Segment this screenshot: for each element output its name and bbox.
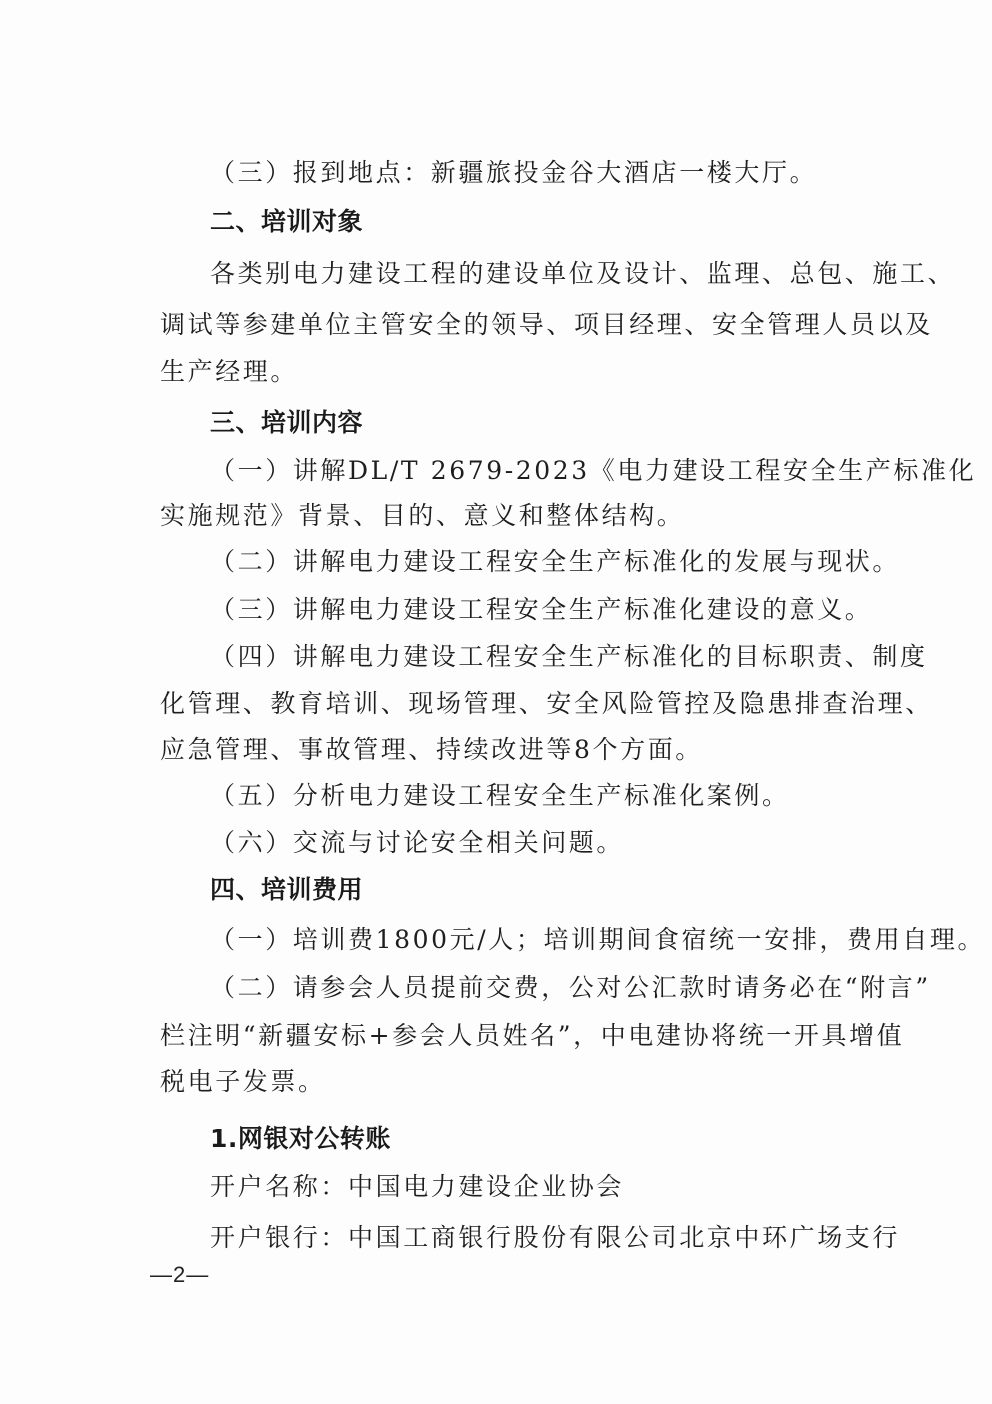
account-name-line: 开户名称：中国电力建设企业协会: [210, 1171, 930, 1203]
paragraph-line: 应急管理、事故管理、持续改进等8个方面。: [160, 734, 880, 766]
paragraph-line: 生产经理。: [160, 356, 880, 388]
paragraph-line: 各类别电力建设工程的建设单位及设计、监理、总包、施工、: [210, 258, 930, 290]
paragraph-line: 调试等参建单位主管安全的领导、项目经理、安全管理人员以及: [160, 309, 880, 341]
paragraph-line: （五）分析电力建设工程安全生产标准化案例。: [210, 780, 930, 812]
section-heading-training-targets: 二、培训对象: [210, 206, 930, 238]
paragraph-line: （三）讲解电力建设工程安全生产标准化建设的意义。: [210, 594, 930, 626]
subheading-online-bank-transfer: 1.网银对公转账: [210, 1123, 930, 1155]
paragraph-line: （四）讲解电力建设工程安全生产标准化的目标职责、制度: [210, 641, 930, 673]
report-location-line: （三）报到地点：新疆旅投金谷大酒店一楼大厅。: [210, 157, 930, 189]
paragraph-line: （六）交流与讨论安全相关问题。: [210, 827, 930, 859]
account-bank-line: 开户银行：中国工商银行股份有限公司北京中环广场支行: [210, 1222, 930, 1254]
paragraph-line: 实施规范》背景、目的、意义和整体结构。: [160, 500, 880, 532]
paragraph-line: 化管理、教育培训、现场管理、安全风险管控及隐患排查治理、: [160, 688, 880, 720]
paragraph-line: 税电子发票。: [160, 1066, 880, 1098]
paragraph-line: 栏注明“新疆安标+参会人员姓名”，中电建协将统一开具增值: [160, 1020, 880, 1052]
document-page: （三）报到地点：新疆旅投金谷大酒店一楼大厅。 二、培训对象 各类别电力建设工程的…: [0, 0, 992, 1404]
section-heading-training-content: 三、培训内容: [210, 407, 930, 439]
paragraph-line: （一）讲解DL/T 2679-2023《电力建设工程安全生产标准化: [210, 455, 930, 487]
page-number: —2—: [150, 1262, 209, 1288]
paragraph-line: （一）培训费1800元/人；培训期间食宿统一安排，费用自理。: [210, 924, 930, 956]
paragraph-line: （二）请参会人员提前交费，公对公汇款时请务必在“附言”: [210, 972, 930, 1004]
paragraph-line: （二）讲解电力建设工程安全生产标准化的发展与现状。: [210, 546, 930, 578]
section-heading-training-fee: 四、培训费用: [210, 874, 930, 906]
